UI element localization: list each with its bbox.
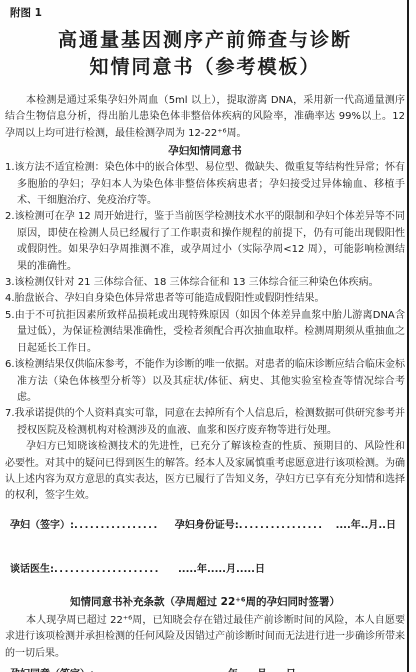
intro-paragraph: 本检测是通过采集孕妇外周血（5ml 以上），提取游离 DNA，采用新一代高通量测… — [5, 93, 405, 142]
consent-item-1: 1.该方法不适宜检测：染色体中的嵌合体型、易位型、微缺失、微重复等结构性异常；怀… — [5, 160, 405, 209]
signature-date-3: .....年.....月.....日 — [209, 665, 296, 672]
pregnant-woman-signature-label: 孕妇（签字）: — [10, 516, 74, 531]
signature-date-1: ....年..月..日 — [336, 516, 396, 531]
signature-row-pregnant-woman: 孕妇（签字）: ................ 孕妇身份证号: .......… — [10, 516, 405, 531]
figure-label: 附图 1 — [10, 6, 405, 20]
consent-form-page: 附图 1 高通量基因测序产前筛查与诊断 知情同意书（参考模板） 本检测是通过采集… — [0, 0, 416, 672]
id-number-label: 孕妇身份证号: — [175, 516, 239, 531]
pregnant-woman-signature-line: ................ — [74, 520, 159, 531]
consent-item-4: 4.胎盘嵌合、孕妇自身染色体异常患者等可能造成假阳性或假阴性结果。 — [5, 291, 405, 307]
closing-paragraph: 孕妇方已知晓该检测技术的先进性，已充分了解该检查的性质、预期目的、风险性和必要性… — [5, 439, 405, 505]
doctor-label: 谈话医生: — [10, 560, 54, 575]
consent-item-7: 7.我承诺提供的个人资料真实可靠，同意在去掉所有个人信息后，检测数据可供研究参考… — [5, 406, 405, 439]
agreement-signature-label: 孕妇同意（签字）: — [10, 665, 94, 672]
consent-item-3: 3.该检测仅针对 21 三体综合征、18 三体综合征和 13 三体综合征三种染色… — [5, 275, 405, 291]
consent-item-5: 5.由于不可抗拒因素所致样品损耗或出现特殊原因（如因个体差异血浆中胎儿游离DNA… — [5, 308, 405, 357]
signature-row-agreement: 孕妇同意（签字）: ............. .....年.....月....… — [10, 665, 405, 672]
title-line-2: 知情同意书（参考模板） — [5, 54, 405, 81]
title-line-1: 高通量基因测序产前筛查与诊断 — [5, 27, 405, 54]
document-title: 高通量基因测序产前筛查与诊断 知情同意书（参考模板） — [5, 27, 405, 81]
consent-heading: 孕妇知情同意书 — [5, 143, 405, 160]
page-border-right — [407, 0, 409, 672]
doctor-signature-line: .................... — [54, 564, 160, 575]
consent-item-6: 6.该检测结果仅供临床参考，不能作为诊断的唯一依据。对患者的临床诊断应结合临床金… — [5, 357, 405, 406]
supplement-heading: 知情同意书补充条款（孕周超过 22⁺⁶周的孕妇同时签署） — [5, 594, 405, 611]
signature-date-2: .....年.....月.....日 — [178, 560, 265, 575]
id-number-line: ................ — [239, 520, 324, 531]
consent-item-2: 2.该检测可在孕 12 周开始进行，鉴于当前医学检测技术水平的限制和孕妇个体差异… — [5, 209, 405, 275]
supplement-paragraph: 本人现孕周已超过 22⁺⁶周，已知晓会存在错过最佳产前诊断时间的风险，本人自愿要… — [5, 613, 405, 662]
signature-row-doctor: 谈话医生: .................... .....年.....月.… — [10, 560, 405, 575]
consent-list: 1.该方法不适宜检测：染色体中的嵌合体型、易位型、微缺失、微重复等结构性异常；怀… — [5, 160, 405, 439]
